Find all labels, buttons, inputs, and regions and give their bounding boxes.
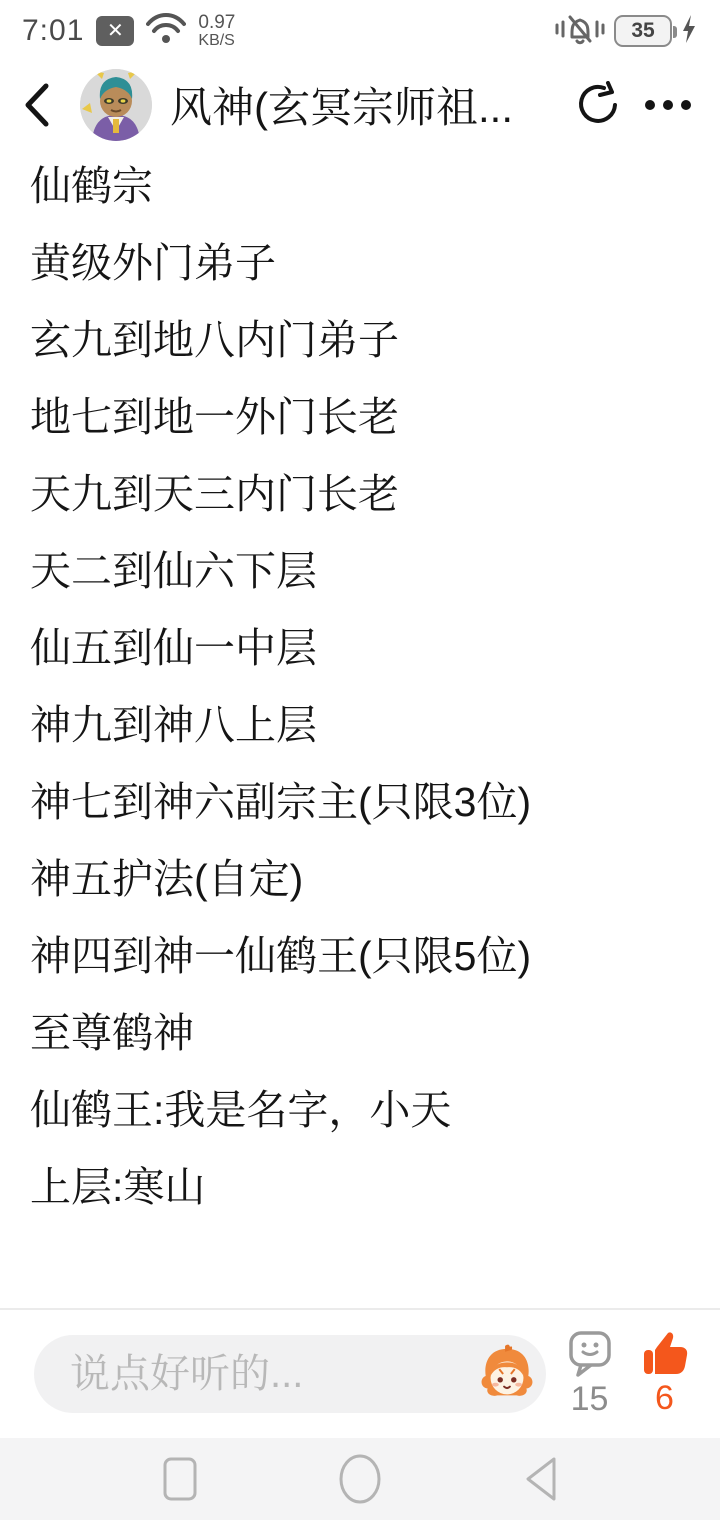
status-bar: 7:01 ✕ 0.97 KB/S — [0, 0, 720, 62]
share-icon — [574, 81, 622, 129]
page-title: 风神(玄冥宗师祖... — [170, 75, 554, 135]
network-speed: 0.97 KB/S — [198, 13, 235, 50]
more-button[interactable] — [642, 98, 694, 112]
status-right: 35 — [554, 11, 698, 52]
avatar[interactable] — [80, 69, 152, 141]
comment-bubble-icon — [564, 1329, 616, 1379]
post-line: 黄级外门弟子 — [30, 225, 690, 302]
charging-bolt-icon — [680, 13, 698, 50]
app-screen: 7:01 ✕ 0.97 KB/S — [0, 0, 720, 1520]
home-button[interactable] — [325, 1449, 395, 1509]
comment-action[interactable]: 15 — [558, 1329, 621, 1418]
thumbs-up-icon — [640, 1330, 690, 1378]
share-button[interactable] — [572, 81, 624, 129]
battery-icon: 35 — [614, 15, 672, 47]
post-line: 天二到仙六下层 — [30, 533, 690, 610]
more-dots-icon — [642, 98, 694, 112]
post-body: 仙鹤宗 黄级外门弟子 玄九到地八内门弟子 地七到地一外门长老 天九到天三内门长老… — [0, 148, 720, 1226]
post-line: 仙鹤宗 — [30, 148, 690, 225]
post-line: 仙鹤王:我是名字，小天 — [30, 1072, 690, 1149]
home-circle-icon — [338, 1453, 382, 1505]
post-line: 神五护法(自定) — [30, 841, 690, 918]
comment-input[interactable] — [34, 1352, 434, 1397]
nav-back-button[interactable] — [505, 1449, 575, 1509]
post-line: 地七到地一外门长老 — [30, 379, 690, 456]
wifi-icon — [146, 13, 186, 50]
comment-bar: 15 6 — [0, 1308, 720, 1438]
post-line: 神四到神一仙鹤王(只限5位) — [30, 918, 690, 995]
sim-missing-icon: ✕ — [96, 16, 134, 46]
post-line: 至尊鹤神 — [30, 995, 690, 1072]
post-line: 上层:寒山 — [30, 1149, 690, 1226]
comment-input-pill[interactable] — [34, 1335, 546, 1413]
back-triangle-icon — [520, 1453, 560, 1505]
post-line: 神九到神八上层 — [30, 687, 690, 764]
status-left: 7:01 ✕ 0.97 KB/S — [22, 13, 235, 50]
recents-button[interactable] — [145, 1449, 215, 1509]
post-line: 仙五到仙一中层 — [30, 610, 690, 687]
header: 风神(玄冥宗师祖... — [0, 62, 720, 148]
android-nav-bar — [0, 1438, 720, 1520]
recents-square-icon — [162, 1456, 198, 1502]
post-line: 玄九到地八内门弟子 — [30, 302, 690, 379]
post-line: 天九到天三内门长老 — [30, 456, 690, 533]
content-spacer — [0, 1226, 720, 1308]
clock: 7:01 — [22, 14, 84, 48]
vibrate-mute-icon — [554, 11, 606, 52]
mascot-emoji-icon[interactable] — [476, 1343, 538, 1405]
post-line: 神七到神六副宗主(只限3位) — [30, 764, 690, 841]
back-button[interactable] — [22, 77, 62, 133]
back-chevron-icon — [22, 80, 52, 130]
like-action[interactable]: 6 — [633, 1330, 696, 1417]
comment-count: 15 — [571, 1381, 609, 1418]
like-count: 6 — [655, 1380, 674, 1417]
